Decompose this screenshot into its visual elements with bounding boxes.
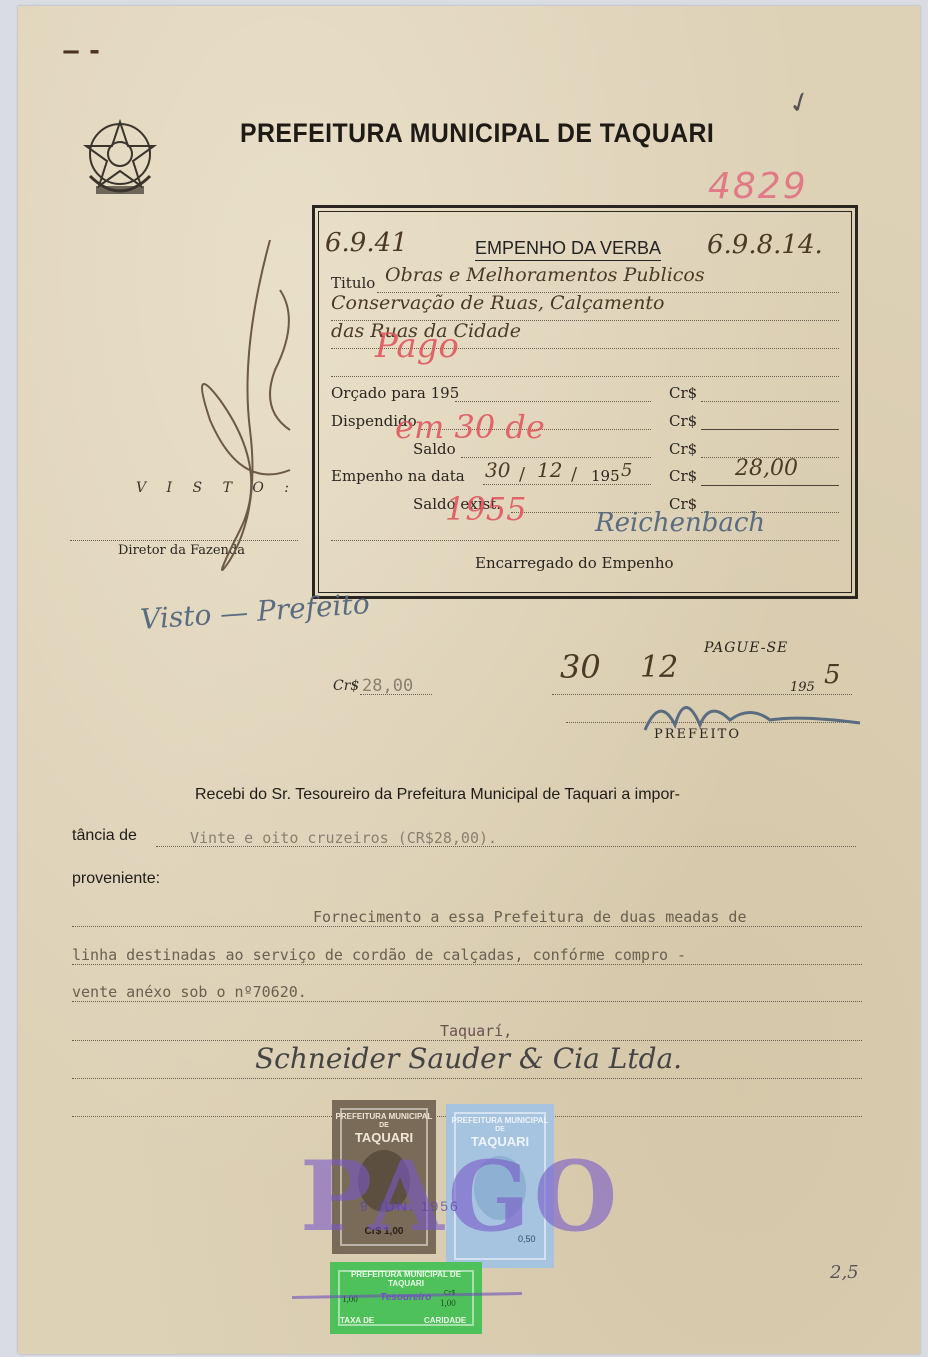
red-annotation-2: em 30 de <box>395 408 545 446</box>
row-orcado-currency: Cr$ <box>669 384 697 402</box>
row-empenho-currency: Cr$ <box>669 467 697 485</box>
date-separator: / <box>571 464 577 485</box>
row-saldo-currency: Cr$ <box>669 440 697 458</box>
receipt-signature: Schneider Sauder & Cia Ltda. <box>255 1042 682 1075</box>
row-dispendido-currency: Cr$ <box>669 412 697 430</box>
red-annotation-3: 1955 <box>445 490 526 528</box>
tax-stamp-green: PREFEITURA MUNICIPAL DE TAQUARI 1,00 Cr$… <box>330 1262 482 1334</box>
empenho-date-year-suffix: 5 <box>621 460 632 481</box>
importancia-label: tância de <box>72 827 137 845</box>
prefeito-caption: PREFEITO <box>654 727 741 742</box>
pago-cancel-stamp: PAGO <box>300 1140 621 1253</box>
director-signature-icon <box>180 230 320 600</box>
margin-note: 2,5 <box>830 1262 859 1283</box>
payment-amount: 28,00 <box>362 676 413 696</box>
proveniente-label: proveniente: <box>72 870 160 888</box>
coat-of-arms-icon <box>82 116 158 200</box>
empenho-signature-caption: Encarregado do Empenho <box>475 554 674 572</box>
empenho-date-day: 30 <box>485 458 510 482</box>
row-empenho-value: 28,00 <box>735 456 798 481</box>
page-title: PREFEITURA MUNICIPAL DE TAQUARI <box>240 118 714 149</box>
row-orcado-label: Orçado para 195 <box>331 384 459 402</box>
code-left: 6.9.41 <box>325 228 408 258</box>
empenho-box: 6.9.41 EMPENHO DA VERBA 6.9.8.14. Titulo… <box>312 205 858 599</box>
payment-day: 30 <box>560 648 601 686</box>
pague-se-label: PAGUE-SE <box>704 640 788 656</box>
red-annotation-1: Pago <box>375 326 459 366</box>
empenho-title: EMPENHO DA VERBA <box>475 238 661 261</box>
titulo-line-2: Conservação de Ruas, Calçamento <box>331 292 664 314</box>
payment-currency: Cr$ <box>333 678 359 694</box>
titulo-line-1: Obras e Melhoramentos Publicos <box>385 264 705 286</box>
cancel-date-stamp: 9 JUN. 1956 <box>360 1198 460 1214</box>
description-line-3: vente anéxo sob o nº70620. <box>72 983 307 1001</box>
receipt-line-1: Recebi do Sr. Tesoureiro da Prefeitura M… <box>195 786 680 804</box>
ink-smudge: ‒ - <box>62 36 100 66</box>
description-line-2: linha destinadas ao serviço de cordão de… <box>72 946 686 964</box>
place-label: Taquarí, <box>440 1022 512 1040</box>
empenho-signature: Reichenbach <box>595 508 765 538</box>
document-number: 4829 <box>708 166 808 207</box>
description-line-1: Fornecimento a essa Prefeitura de duas m… <box>313 908 746 926</box>
empenho-date-year-prefix: 195 <box>591 467 620 485</box>
titulo-label: Titulo <box>331 274 375 292</box>
date-separator: / <box>519 464 525 485</box>
code-right: 6.9.8.14. <box>707 230 823 260</box>
payment-month: 12 <box>640 650 678 685</box>
row-empenho-label: Empenho na data <box>331 467 465 485</box>
empenho-date-month: 12 <box>537 458 562 482</box>
importancia-value: Vinte e oito cruzeiros (CR$28,00). <box>190 829 497 847</box>
